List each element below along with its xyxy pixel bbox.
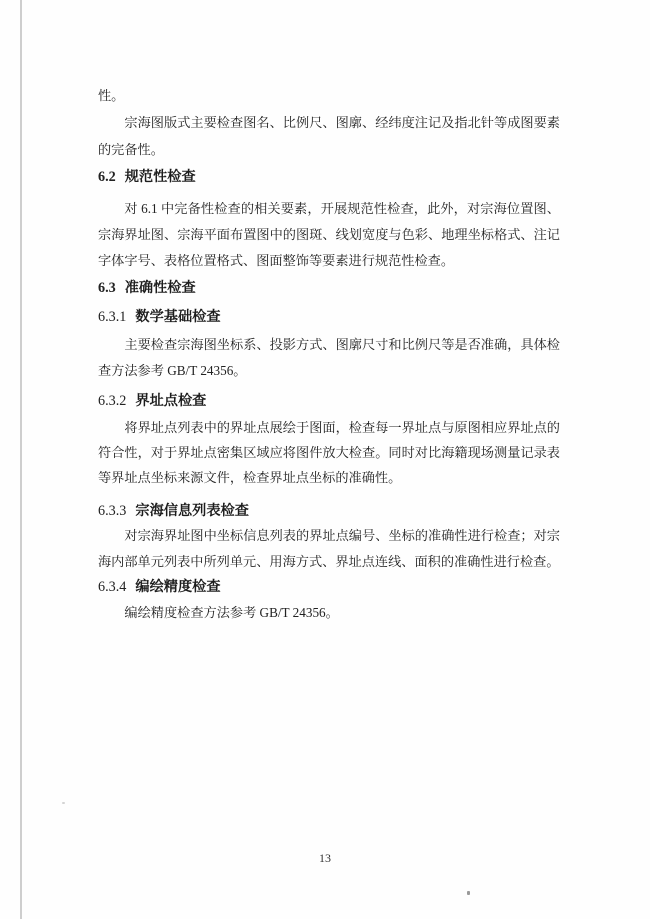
document-page: 性。 宗海图版式主要检查图名、比例尺、图廓、经纬度注记及指北针等成图要素 的完备… <box>0 0 650 919</box>
heading-number: 6.3.2 <box>98 393 126 409</box>
body-line: 等界址点坐标来源文件，检查界址点坐标的准确性。 <box>98 469 560 486</box>
body-line: 编绘精度检查方法参考 GB/T 24356。 <box>98 604 560 621</box>
heading-title: 规范性检查 <box>125 169 196 185</box>
heading-title: 数学基础检查 <box>135 309 220 325</box>
section-heading-6-2: 6.2规范性检查 <box>98 168 560 186</box>
body-line: 的完备性。 <box>98 141 560 158</box>
section-heading-6-3-1: 6.3.1数学基础检查 <box>98 308 560 326</box>
section-heading-6-3-4: 6.3.4编绘精度检查 <box>98 578 560 596</box>
section-heading-6-3-2: 6.3.2界址点检查 <box>98 392 560 410</box>
body-line: 查方法参考 GB/T 24356。 <box>98 362 560 379</box>
body-line: 宗海图版式主要检查图名、比例尺、图廓、经纬度注记及指北针等成图要素 <box>98 114 560 131</box>
heading-number: 6.3.3 <box>98 503 126 519</box>
heading-number: 6.2 <box>98 169 116 185</box>
body-line: 字体字号、表格位置格式、图面整饰等要素进行规范性检查。 <box>98 252 560 269</box>
body-line: 对 6.1 中完备性检查的相关要素，开展规范性检查，此外，对宗海位置图、 <box>98 200 560 217</box>
heading-title: 宗海信息列表检查 <box>135 503 249 519</box>
body-line: 海内部单元列表中所列单元、用海方式、界址点连线、面积的准确性进行检查。 <box>98 553 560 570</box>
page-number: 13 <box>0 851 650 866</box>
body-line: 主要检查宗海图坐标系、投影方式、图廓尺寸和比例尺等是否准确，具体检 <box>98 336 560 353</box>
body-line: 宗海界址图、宗海平面布置图中的图斑、线划宽度与色彩、地理坐标格式、注记 <box>98 226 560 243</box>
heading-title: 界址点检查 <box>135 393 206 409</box>
heading-title: 准确性检查 <box>125 280 196 296</box>
heading-number: 6.3 <box>98 280 116 296</box>
body-line: 对宗海界址图中坐标信息列表的界址点编号、坐标的准确性进行检查；对宗 <box>98 527 560 544</box>
body-line-paragraph-end: 性。 <box>98 87 560 104</box>
section-heading-6-3-3: 6.3.3宗海信息列表检查 <box>98 502 560 520</box>
scan-speck <box>62 802 65 804</box>
body-line: 将界址点列表中的界址点展绘于图面，检查每一界址点与原图相应界址点的 <box>98 419 560 436</box>
body-line: 符合性，对于界址点密集区域应将图件放大检查。同时对比海籍现场测量记录表 <box>98 444 560 461</box>
scan-edge-line <box>20 0 22 919</box>
section-heading-6-3: 6.3准确性检查 <box>98 279 560 297</box>
scan-speck <box>467 891 470 895</box>
heading-number: 6.3.1 <box>98 309 126 325</box>
heading-number: 6.3.4 <box>98 579 126 595</box>
heading-title: 编绘精度检查 <box>135 579 220 595</box>
